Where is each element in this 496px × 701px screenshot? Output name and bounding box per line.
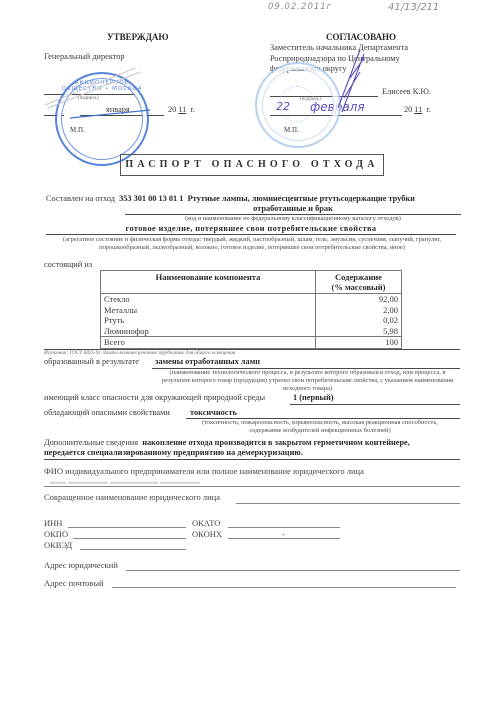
short-name-field[interactable] bbox=[236, 503, 460, 504]
component-value: 0,02 bbox=[316, 315, 402, 326]
component-name: Металлы bbox=[101, 305, 316, 316]
okpo-label: ОКПО bbox=[44, 529, 68, 539]
waste-name-line2: отработанные и брак bbox=[125, 204, 461, 213]
waste-code: 353 301 00 13 01 1 bbox=[119, 194, 183, 203]
waste-form: готовое изделие, потерявшее свои потреби… bbox=[46, 224, 456, 233]
waste-line: Составлен на отход 353 301 00 13 01 1 Рт… bbox=[46, 194, 456, 203]
additional-info: Дополнительные сведения накопление отход… bbox=[44, 437, 464, 448]
form-underline bbox=[46, 234, 456, 235]
full-name-field[interactable] bbox=[44, 486, 460, 487]
stamp-emblem-icon bbox=[279, 86, 315, 122]
total-value: 100 bbox=[316, 337, 402, 349]
composition-table: Наименование компонента Содержание (% ма… bbox=[100, 270, 402, 349]
inn-label: ИНН bbox=[44, 518, 62, 528]
component-name: Люминофор bbox=[101, 326, 316, 337]
full-name-label: ФИО индивидуального предпринимателя или … bbox=[44, 466, 364, 476]
okato-label: ОКАТО bbox=[192, 518, 220, 528]
waste-caption: (код и наименование по федеральному клас… bbox=[125, 215, 461, 223]
okpo-field[interactable] bbox=[73, 538, 186, 539]
table-total-row: Всего 100 bbox=[101, 337, 402, 349]
table-row: Металлы 2,00 bbox=[101, 305, 402, 316]
hazard-props-caption: (токсичность, пожароопасность, взрывоопа… bbox=[200, 419, 440, 435]
additional-value-line2: передается специализированному предприят… bbox=[44, 448, 303, 457]
component-name: Стекло bbox=[101, 294, 316, 305]
origin-value: замены отработанных ламп bbox=[155, 357, 260, 366]
additional-value-line1: накопление отхода производится в закрыто… bbox=[142, 438, 410, 447]
inn-field[interactable] bbox=[68, 527, 186, 528]
signature-strokes bbox=[330, 48, 370, 118]
handwritten-number: 41/13/211 bbox=[388, 2, 439, 13]
short-name-label: Сокращенное наименование юридического ли… bbox=[44, 492, 220, 502]
hazard-props-label: обладающий опасными свойствами bbox=[44, 408, 170, 417]
okato-field[interactable] bbox=[228, 527, 340, 528]
agree-name: Елисеев К.Ю. bbox=[382, 87, 431, 96]
hazard-props-value: токсичность bbox=[190, 408, 237, 417]
hazard-class-label: имеющий класс опасности для окружающей п… bbox=[44, 393, 265, 402]
year-suffix: 11 bbox=[412, 105, 424, 114]
form-caption: (агрегатное состояние и физическая форма… bbox=[52, 236, 452, 252]
total-label: Всего bbox=[101, 337, 316, 349]
table-row: Ртуть 0,02 bbox=[101, 315, 402, 326]
okved-field[interactable] bbox=[80, 549, 186, 550]
postal-address-field[interactable] bbox=[112, 587, 456, 588]
legal-address-field[interactable] bbox=[126, 570, 460, 571]
year-suffix: 11 bbox=[176, 105, 188, 114]
page-title: ПАСПОРТ ОПАСНОГО ОТХОДА bbox=[120, 154, 384, 176]
waste-name-line1: Ртутные лампы, люминесцентные ртутьсодер… bbox=[188, 194, 415, 203]
table-row: Стекло 92,00 bbox=[101, 294, 402, 305]
approve-year: 2011 г. bbox=[168, 105, 195, 114]
hazard-class-value: 1 (первый) bbox=[293, 393, 334, 402]
agree-heading: СОГЛАСОВАНО bbox=[326, 32, 396, 42]
signature-strokes bbox=[40, 60, 160, 120]
component-value: 5,98 bbox=[316, 326, 402, 337]
header-content-line1: Содержание bbox=[319, 272, 398, 282]
component-value: 92,00 bbox=[316, 294, 402, 305]
legal-address-label: Адрес юридический bbox=[44, 560, 118, 570]
composition-source: Источник: ГОСТ 6825-91 Лампы люминесцент… bbox=[44, 350, 235, 356]
postal-address-label: Адрес почтовый bbox=[44, 578, 104, 588]
table-header-row: Наименование компонента Содержание (% ма… bbox=[101, 271, 402, 294]
authority-stamp bbox=[255, 62, 341, 148]
okved-label: ОКВЭД bbox=[44, 540, 72, 550]
additional-underline bbox=[44, 459, 460, 460]
component-name: Ртуть bbox=[101, 315, 316, 326]
year-unit: г. bbox=[426, 105, 431, 114]
waste-label: Составлен на отход bbox=[46, 194, 115, 203]
hazard-class-underline bbox=[290, 404, 460, 405]
handwritten-date: 09.02.2011г bbox=[268, 2, 332, 12]
component-value: 2,00 bbox=[316, 305, 402, 316]
okonh-label: ОКОНХ bbox=[192, 529, 222, 539]
agree-year: 2011 г. bbox=[404, 105, 431, 114]
year-unit: г. bbox=[190, 105, 195, 114]
table-row: Люминофор 5,98 bbox=[101, 326, 402, 337]
additional-label: Дополнительные сведения bbox=[44, 438, 138, 447]
origin-label: образованный в результате bbox=[44, 357, 139, 366]
header-content-line2: (% массовый) bbox=[319, 282, 398, 292]
header-content: Содержание (% массовый) bbox=[316, 271, 402, 294]
okonh-value: - bbox=[282, 529, 285, 539]
composition-label: состоящий из bbox=[44, 260, 92, 269]
full-name-faded-value: ▬▬ ▬▬▬▬▬ ▬▬▬▬▬▬ ▬▬▬▬▬ bbox=[50, 477, 200, 486]
header-component: Наименование компонента bbox=[101, 271, 316, 294]
origin-caption: (наименование технологического процесса,… bbox=[155, 369, 460, 393]
approve-heading: УТВЕРЖДАЮ bbox=[107, 32, 169, 42]
